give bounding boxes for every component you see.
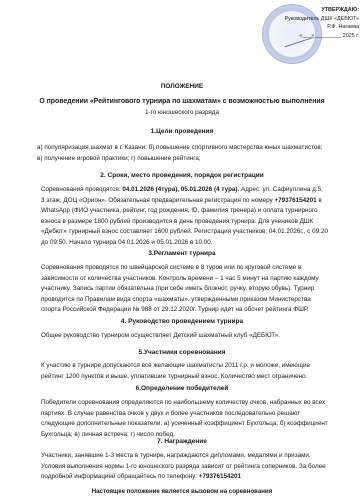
- subtitle-line-2: 1-го юношеского разряда: [0, 107, 364, 118]
- section-heading: 3.Регламент турнира: [0, 250, 364, 257]
- section-management-body: Общее руководство турниром осуществляет …: [0, 331, 364, 342]
- paragraph-line: следующие дополнительные показатели: а) …: [41, 419, 350, 430]
- paragraph-line: а) популяризация шахмат в г. Казани; б) …: [37, 143, 350, 154]
- document-title-wrap: ПОЛОЖЕНИЕ: [0, 83, 364, 90]
- paragraph-line: Участники, занявшие 1-3 места в турнире,…: [41, 451, 350, 462]
- paragraph-line: Соревнования проводятся по швейцарской с…: [41, 263, 350, 274]
- section-goals: 1.Цели проведения: [0, 128, 364, 135]
- section-rules-body: Соревнования проводятся по швейцарской с…: [0, 263, 364, 316]
- paragraph-line: Победители соревнования определяются по …: [41, 398, 350, 409]
- section-rules: 3.Регламент турнира: [0, 250, 364, 257]
- paragraph-line: Общее руководство турниром осуществляет …: [41, 331, 350, 342]
- approval-date: «___»_________ 2025 г.: [249, 32, 359, 41]
- section-participants: 5.Участники соревнования: [0, 349, 364, 356]
- approval-date-year: 2025 г.: [343, 33, 359, 39]
- section-dates: 2. Сроки, место проведения, порядок реги…: [0, 172, 364, 179]
- section-participants-body: К участию в турнире допускаются все жела…: [0, 361, 364, 382]
- paragraph-line: проводится по Правилам вида спорта «шахм…: [41, 295, 350, 306]
- section-heading: 6.Определение победителей: [0, 385, 364, 392]
- paragraph-line: взноса в размере 1800 рублей производитс…: [41, 217, 350, 228]
- paragraph-line: «Дебют» турнирный взнос составляет 1600 …: [41, 227, 350, 238]
- section-awards: 7. Награждение: [0, 438, 364, 445]
- paragraph-line: WhatsApp (ФИО участника, рейтинг, год ро…: [41, 206, 350, 217]
- approval-position: Руководитель ДШК «ДЕБЮТ»: [249, 15, 359, 24]
- phone-highlight: +79376154201: [274, 197, 316, 204]
- paragraph-line: спорта Российской Федерации № 988 от 29.…: [41, 305, 350, 316]
- section-awards-body: Участники, занявшие 1-3 места в турнире,…: [0, 451, 364, 483]
- approval-name: Р.Ф. Нагаева: [249, 23, 359, 32]
- contact-phone: +79376154201: [199, 473, 241, 480]
- paragraph-line: Условия выполнения нормы 1-го юношеского…: [41, 462, 350, 473]
- section-heading: 2. Сроки, место проведения, порядок реги…: [0, 172, 364, 179]
- paragraph-line: зависимости от количества участников. Ко…: [41, 274, 350, 285]
- paragraph-line: 3 этаж, ДОЦ «Орион». Обязательная предва…: [41, 196, 350, 207]
- contact-text: подробной информацией обращайтесь по тел…: [41, 473, 199, 480]
- section-heading: 1.Цели проведения: [0, 128, 364, 135]
- paragraph-line: участнику. Запись партии обязательна (пр…: [41, 284, 350, 295]
- section-heading: 4. Руководство проведением турнира: [0, 318, 364, 325]
- subtitle-line-1: О проведении «Рейтингового турнира по ша…: [0, 96, 364, 107]
- paragraph-line: до 09:50. Начало турнира 04.01.2026 и 05…: [41, 238, 350, 249]
- document-subtitle: О проведении «Рейтингового турнира по ша…: [0, 96, 364, 118]
- approval-block: УТВЕРЖДАЮ: Руководитель ДШК «ДЕБЮТ» Р.Ф.…: [249, 6, 359, 40]
- section-dates-body: Соревнования проводятся: 04.01.2026 (4ту…: [0, 185, 364, 249]
- approval-date-prefix: «___»: [299, 33, 314, 39]
- footer: Настоящее положение является вызовом на …: [0, 488, 364, 495]
- section-heading: 7. Награждение: [0, 438, 364, 445]
- section-winners: 6.Определение победителей: [0, 385, 364, 392]
- paragraph-line: Соревнования проводятся: 04.01.2026 (4ту…: [41, 185, 350, 196]
- paragraph-line: рейтинг 1200 пунктов и выше, уплатившие …: [41, 372, 350, 383]
- paragraph-line: подробной информацией обращайтесь по тел…: [41, 472, 350, 483]
- paragraph-line: К участию в турнире допускаются все жела…: [41, 361, 350, 372]
- paragraph-line: партиях. В случае равенства очков у двух…: [41, 409, 350, 420]
- paragraph-line: в) получение игровой практики; г) повыше…: [37, 154, 350, 165]
- section-heading: 5.Участники соревнования: [0, 349, 364, 356]
- dates-highlight: 04.01.2026 (4тура), 05.01.2026 (4 тура).: [122, 186, 239, 193]
- closing-statement: Настоящее положение является вызовом на …: [0, 488, 364, 495]
- document-title: ПОЛОЖЕНИЕ: [0, 83, 364, 90]
- section-winners-body: Победители соревнования определяются по …: [0, 398, 364, 440]
- section-management: 4. Руководство проведением турнира: [0, 318, 364, 325]
- section-goals-body: а) популяризация шахмат в г. Казани; б) …: [0, 143, 364, 164]
- document-page: УТВЕРЖДАЮ: Руководитель ДШК «ДЕБЮТ» Р.Ф.…: [0, 0, 364, 500]
- approval-title: УТВЕРЖДАЮ:: [249, 6, 359, 15]
